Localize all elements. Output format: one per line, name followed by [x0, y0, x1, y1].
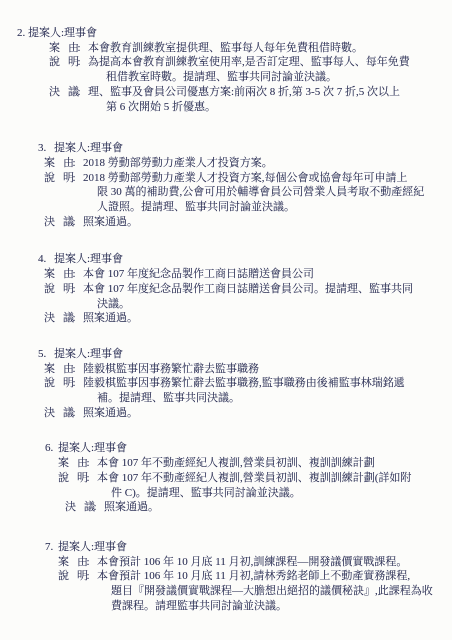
field-text: 2018 勞動部勞動力產業人才投資方案。	[83, 156, 452, 171]
proposal-field: 案 由:本會 107 年不動產經紀人複訓,營業員初訓、複訓訓練計劃	[58, 456, 452, 471]
proposal-header: 4.提案人:理事會	[38, 252, 452, 267]
proposer-line: 提案人:理事會	[28, 27, 97, 39]
field-label: 決 議:	[44, 311, 83, 326]
field-continuation-line: 第 6 次開始 5 折優惠。	[49, 100, 452, 115]
proposal-header: 6.提案人:理事會	[45, 441, 452, 456]
field-label: 案 由:	[44, 362, 83, 377]
item-number: 5.	[38, 347, 54, 362]
proposer-line: 提案人:理事會	[54, 348, 123, 360]
field-text: 本會 107 年不動產經紀人複訓,營業員初訓、複訓訓練計劃(詳如附	[97, 471, 452, 486]
field-first-line: 說 明:本會預計 106 年 10 月底 11 月初,請林秀銘老師上不動產實務課…	[58, 569, 452, 584]
field-text: 照案通過。	[83, 311, 452, 326]
document-page: 2.提案人:理事會案 由:本會教育訓練教室提供理、監事每人每年免費租借時數。說 …	[0, 0, 452, 640]
proposal-item: 6.提案人:理事會案 由:本會 107 年不動產經紀人複訓,營業員初訓、複訓訓練…	[0, 441, 452, 515]
proposal-field: 案 由:本會 107 年度紀念品製作工商日誌贈送會員公司	[44, 267, 452, 282]
field-text: 本會 107 年度紀念品製作工商日誌贈送會員公司	[83, 267, 452, 282]
field-text: 照案通過。	[83, 215, 452, 230]
field-first-line: 決 議:照案通過。	[44, 311, 452, 326]
field-continuation-line: 租借教室時數。提請理、監事共同討論並決議。	[49, 70, 452, 85]
field-label: 說 明:	[44, 376, 83, 391]
field-first-line: 決 議:照案通過。	[65, 500, 452, 515]
field-text: 本會教育訓練教室提供理、監事每人每年免費租借時數。	[88, 41, 452, 56]
proposal-field: 案 由:陸毅棋監事因事務繁忙辭去監事職務	[44, 362, 452, 377]
proposal-field: 決 議:照案通過。	[44, 311, 452, 326]
field-first-line: 決 議:理、監事及會員公司優惠方案:前兩次 8 折,第 3-5 次 7 折,5 …	[49, 85, 452, 100]
proposal-header: 2.提案人:理事會	[17, 26, 452, 41]
field-label: 說 明:	[58, 471, 97, 486]
item-number: 2.	[17, 26, 28, 41]
field-first-line: 說 明:陸毅棋監事因事務繁忙辭去監事職務,監事職務由後補監事林瑞銘遞	[44, 376, 452, 391]
field-continuation-line: 決議。	[44, 297, 452, 312]
field-continuation-line: 限 30 萬的補助費,公會可用於輔導會員公司營業人員考取不動產經紀	[44, 185, 452, 200]
field-text: 照案通過。	[83, 406, 452, 421]
proposal-field: 說 明:本會 107 年不動產經紀人複訓,營業員初訓、複訓訓練計劃(詳如附件 C…	[58, 471, 452, 500]
field-label: 說 明:	[58, 569, 97, 584]
field-text: 本會 107 年不動產經紀人複訓,營業員初訓、複訓訓練計劃	[97, 456, 452, 471]
proposal-item: 4.提案人:理事會案 由:本會 107 年度紀念品製作工商日誌贈送會員公司說 明…	[0, 252, 452, 326]
field-continuation-line: 人證照。提請理、監事共同討論並決議。	[44, 200, 452, 215]
field-label: 說 明:	[44, 282, 83, 297]
field-first-line: 案 由:本會教育訓練教室提供理、監事每人每年免費租借時數。	[49, 41, 452, 56]
field-first-line: 決 議:照案通過。	[44, 406, 452, 421]
item-number: 7.	[45, 540, 58, 555]
proposal-item: 7.提案人:理事會案 由:本會預計 106 年 10 月底 11 月初,訓練課程…	[0, 540, 452, 614]
proposal-field: 決 議:照案通過。	[65, 500, 452, 515]
field-text: 本會預計 106 年 10 月底 11 月初,請林秀銘老師上不動產實務課程,	[97, 569, 452, 584]
proposal-field: 案 由:本會教育訓練教室提供理、監事每人每年免費租借時數。	[49, 41, 452, 56]
item-number: 6.	[45, 441, 58, 456]
field-label: 決 議:	[49, 85, 88, 100]
proposal-list: 2.提案人:理事會案 由:本會教育訓練教室提供理、監事每人每年免費租借時數。說 …	[0, 26, 452, 614]
proposal-field: 說 明:本會預計 106 年 10 月底 11 月初,請林秀銘老師上不動產實務課…	[58, 569, 452, 613]
field-label: 案 由:	[58, 555, 97, 570]
proposal-field: 案 由:2018 勞動部勞動力產業人才投資方案。	[44, 156, 452, 171]
field-first-line: 案 由:2018 勞動部勞動力產業人才投資方案。	[44, 156, 452, 171]
proposer-line: 提案人:理事會	[54, 142, 123, 154]
proposal-item: 2.提案人:理事會案 由:本會教育訓練教室提供理、監事每人每年免費租借時數。說 …	[0, 26, 452, 114]
field-text: 理、監事及會員公司優惠方案:前兩次 8 折,第 3-5 次 7 折,5 次以上	[88, 85, 452, 100]
field-text: 本會 107 年度紀念品製作工商日誌贈送會員公司。提請理、監事共同	[83, 282, 452, 297]
proposal-field: 案 由:本會預計 106 年 10 月底 11 月初,訓練課程—開發議價實戰課程…	[58, 555, 452, 570]
field-text: 陸毅棋監事因事務繁忙辭去監事職務,監事職務由後補監事林瑞銘遞	[83, 376, 452, 391]
proposal-field: 說 明:2018 勞動部勞動力產業人才投資方案,每個公會或協會每年可申請上限 3…	[44, 171, 452, 215]
proposal-field: 說 明:陸毅棋監事因事務繁忙辭去監事職務,監事職務由後補監事林瑞銘遞補。提請理、…	[44, 376, 452, 405]
field-label: 決 議:	[44, 406, 83, 421]
field-continuation-line: 題目『開發議價實戰課程—大膽想出絕招的議價秘訣』,此課程為收	[58, 584, 452, 599]
field-label: 決 議:	[65, 500, 104, 515]
field-first-line: 案 由:本會 107 年度紀念品製作工商日誌贈送會員公司	[44, 267, 452, 282]
proposer-line: 提案人:理事會	[54, 253, 123, 265]
field-first-line: 案 由:本會 107 年不動產經紀人複訓,營業員初訓、複訓訓練計劃	[58, 456, 452, 471]
field-first-line: 決 議:照案通過。	[44, 215, 452, 230]
item-number: 3.	[38, 141, 54, 156]
field-continuation-line: 補。提請理、監事共同決議。	[44, 391, 452, 406]
field-continuation-line: 件 C)。提請理、監事共同討論並決議。	[58, 486, 452, 501]
field-text: 陸毅棋監事因事務繁忙辭去監事職務	[83, 362, 452, 377]
item-number: 4.	[38, 252, 54, 267]
field-first-line: 說 明:本會 107 年不動產經紀人複訓,營業員初訓、複訓訓練計劃(詳如附	[58, 471, 452, 486]
field-first-line: 說 明:為提高本會教育訓練教室使用率,是否訂定理、監事每人、每年免費	[49, 55, 452, 70]
field-label: 案 由:	[58, 456, 97, 471]
proposal-field: 決 議:照案通過。	[44, 406, 452, 421]
proposal-item: 5.提案人:理事會案 由:陸毅棋監事因事務繁忙辭去監事職務說 明:陸毅棋監事因事…	[0, 347, 452, 421]
field-first-line: 案 由:陸毅棋監事因事務繁忙辭去監事職務	[44, 362, 452, 377]
field-text: 照案通過。	[104, 500, 452, 515]
field-first-line: 說 明:本會 107 年度紀念品製作工商日誌贈送會員公司。提請理、監事共同	[44, 282, 452, 297]
field-text: 本會預計 106 年 10 月底 11 月初,訓練課程—開發議價實戰課程。	[97, 555, 452, 570]
proposal-item: 3.提案人:理事會案 由:2018 勞動部勞動力產業人才投資方案。說 明:201…	[0, 141, 452, 229]
proposal-field: 說 明:為提高本會教育訓練教室使用率,是否訂定理、監事每人、每年免費租借教室時數…	[49, 55, 452, 84]
field-text: 為提高本會教育訓練教室使用率,是否訂定理、監事每人、每年免費	[88, 55, 452, 70]
field-label: 案 由:	[44, 267, 83, 282]
proposer-line: 提案人:理事會	[58, 442, 127, 454]
proposal-field: 決 議:照案通過。	[44, 215, 452, 230]
field-label: 案 由:	[44, 156, 83, 171]
field-first-line: 說 明:2018 勞動部勞動力產業人才投資方案,每個公會或協會每年可申請上	[44, 171, 452, 186]
proposal-header: 3.提案人:理事會	[38, 141, 452, 156]
proposal-header: 7.提案人:理事會	[45, 540, 452, 555]
proposal-header: 5.提案人:理事會	[38, 347, 452, 362]
field-label: 案 由:	[49, 41, 88, 56]
field-text: 2018 勞動部勞動力產業人才投資方案,每個公會或協會每年可申請上	[83, 171, 452, 186]
field-label: 決 議:	[44, 215, 83, 230]
field-label: 說 明:	[49, 55, 88, 70]
proposal-field: 說 明:本會 107 年度紀念品製作工商日誌贈送會員公司。提請理、監事共同決議。	[44, 282, 452, 311]
field-first-line: 案 由:本會預計 106 年 10 月底 11 月初,訓練課程—開發議價實戰課程…	[58, 555, 452, 570]
proposal-field: 決 議:理、監事及會員公司優惠方案:前兩次 8 折,第 3-5 次 7 折,5 …	[49, 85, 452, 114]
proposer-line: 提案人:理事會	[58, 541, 127, 553]
field-label: 說 明:	[44, 171, 83, 186]
field-continuation-line: 費課程。請理監事共同討論並決議。	[58, 599, 452, 614]
